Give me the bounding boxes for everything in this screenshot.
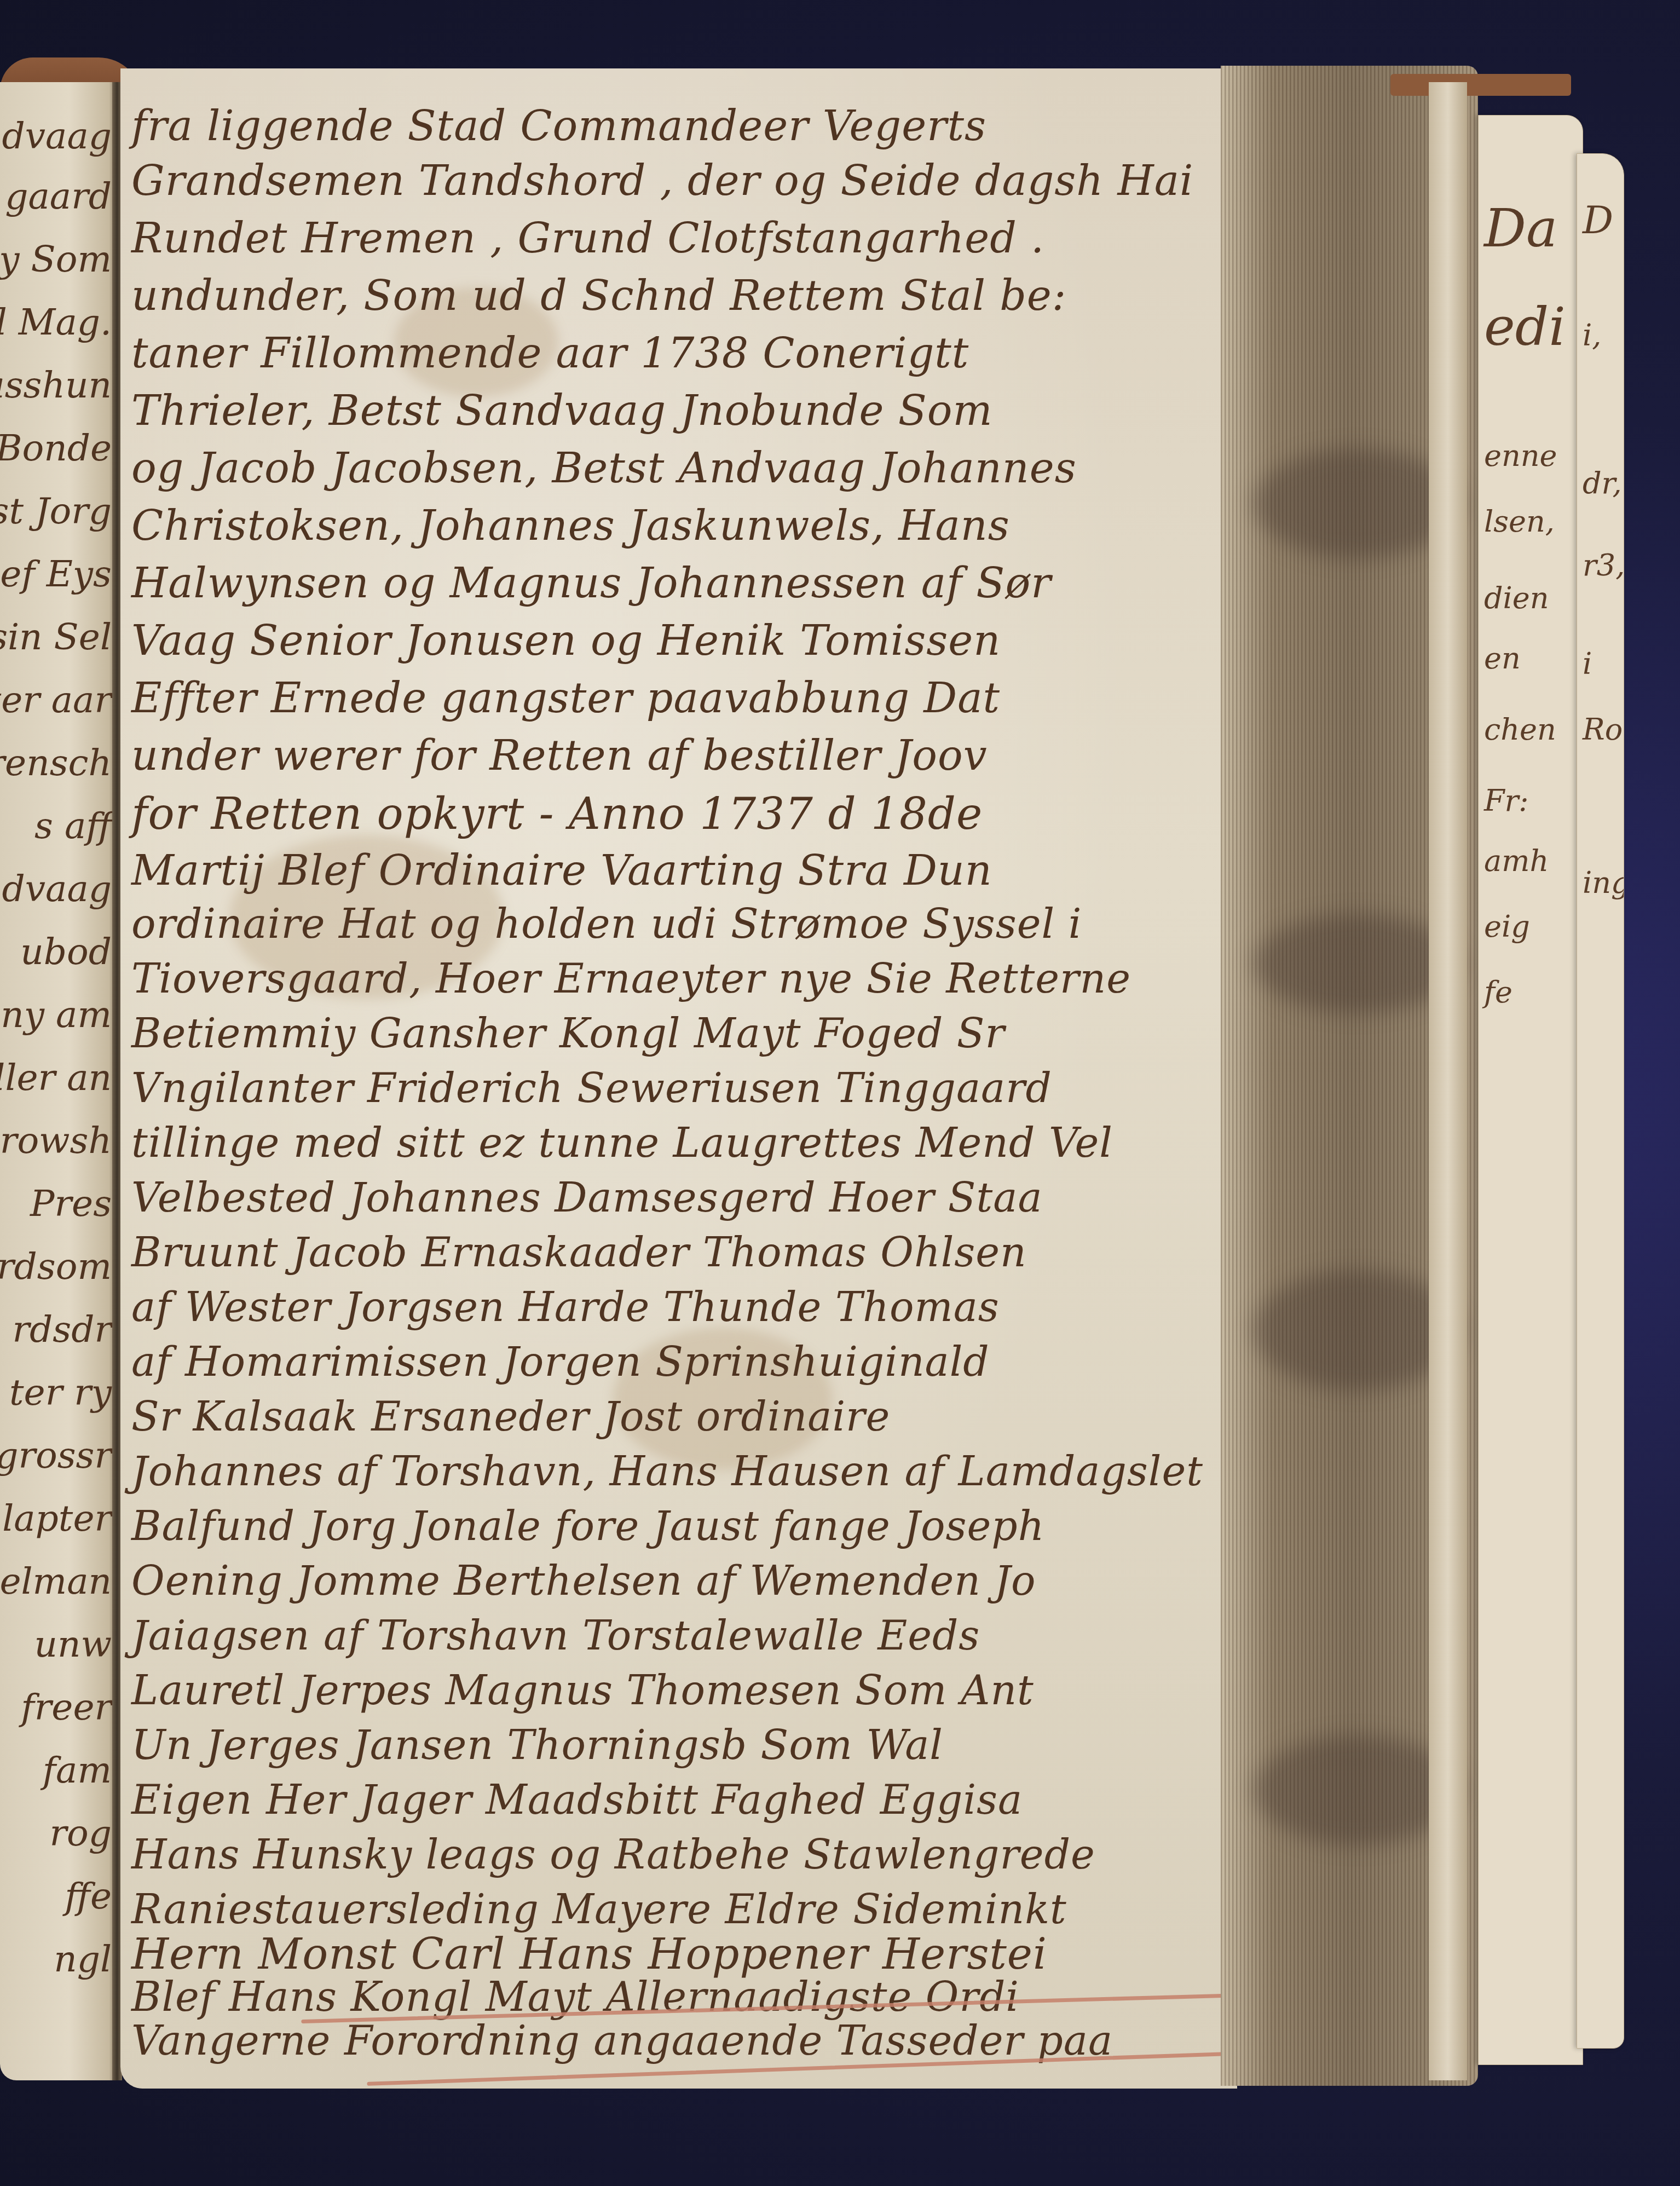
left-line: elman bbox=[0, 1560, 112, 1602]
slip-line: enne bbox=[1484, 439, 1557, 473]
slip-line: ing bbox=[1583, 866, 1624, 900]
manuscript-heading-anno: for Retten opkyrt - Anno 1737 d 18de bbox=[131, 788, 983, 839]
main-manuscript-page: fra liggende Stad Commandeer Vegerts Gra… bbox=[120, 68, 1237, 2089]
manuscript-line: Rundet Hremen , Grund Clotfstangarhed . bbox=[131, 214, 1044, 262]
manuscript-line: Vngilanter Friderich Seweriusen Tinggaar… bbox=[131, 1065, 1052, 1112]
manuscript-line: tillinge med sitt ez tunne Laugrettes Me… bbox=[131, 1120, 1113, 1167]
left-line: e gaard bbox=[0, 175, 112, 217]
slip-line: en bbox=[1484, 641, 1521, 676]
left-line: ngrossr bbox=[0, 1434, 112, 1476]
manuscript-line: Betiemmiy Gansher Kongl Mayt Foged Sr bbox=[131, 1010, 1005, 1057]
slip-line: r3, bbox=[1583, 548, 1624, 582]
manuscript-line: Velbested Johannes Damsesgerd Hoer Staa bbox=[131, 1174, 1043, 1221]
slip-line: eig bbox=[1484, 909, 1530, 944]
left-line: ter ry bbox=[9, 1371, 112, 1414]
slip-line: lsen, bbox=[1484, 504, 1555, 539]
manuscript-line: Christoksen, Johannes Jaskunwels, Hans bbox=[131, 501, 1010, 550]
manuscript-line: Oening Jomme Berthelsen af Wemenden Jo bbox=[131, 1558, 1036, 1605]
slip-line: i bbox=[1583, 647, 1592, 681]
left-line: lapter bbox=[2, 1497, 112, 1539]
binding-board-top bbox=[1390, 74, 1571, 96]
left-line: rensch bbox=[0, 742, 112, 784]
slip-line: D bbox=[1583, 198, 1613, 243]
manuscript-line: Sr Kalsaak Ersaneder Jost ordinaire bbox=[131, 1393, 890, 1440]
slip-line: Da bbox=[1484, 198, 1557, 259]
left-line: ffe bbox=[65, 1875, 112, 1917]
left-line: dvaag bbox=[2, 868, 112, 910]
manuscript-line: Hern Monst Carl Hans Hoppener Herstei bbox=[131, 1930, 1047, 1979]
page-edge-strip bbox=[1429, 82, 1467, 2080]
slip-line: Row bbox=[1583, 712, 1624, 747]
slip-line: fe bbox=[1484, 975, 1512, 1010]
manuscript-line: taner Fillommende aar 1738 Conerigtt bbox=[131, 328, 969, 377]
slip-line: chen bbox=[1484, 712, 1556, 747]
slip-line: edi bbox=[1484, 296, 1566, 357]
left-line: ny Som bbox=[0, 238, 112, 280]
left-line: l Mag. bbox=[0, 301, 112, 343]
left-line: unw bbox=[34, 1623, 112, 1665]
manuscript-line: og Jacob Jacobsen, Betst Andvaag Johanne… bbox=[131, 443, 1077, 492]
left-line: andvaag bbox=[0, 115, 112, 157]
slip-line: i, bbox=[1583, 318, 1601, 353]
manuscript-line: undunder, Som ud d Schnd Rettem Stal be: bbox=[131, 271, 1066, 320]
inserted-slip-a: Da edi enne lsen, dien en chen Fr: amh e… bbox=[1478, 115, 1583, 2065]
inserted-slip-b: D i, dr, r3, i Row ing bbox=[1577, 153, 1624, 2049]
left-line: ny am bbox=[1, 994, 112, 1036]
left-line: sin Sel bbox=[0, 616, 112, 658]
manuscript-line: Eigen Her Jager Maadsbitt Faghed Eggisa bbox=[131, 1777, 1023, 1824]
manuscript-line: Raniestauersleding Mayere Eldre Sidemink… bbox=[131, 1886, 1067, 1933]
left-line: ef Eys bbox=[0, 553, 112, 595]
manuscript-line: af Homarimissen Jorgen Sprinshuiginald bbox=[131, 1339, 990, 1386]
left-line: rog bbox=[49, 1812, 112, 1854]
left-line: rdsdr bbox=[13, 1308, 112, 1351]
manuscript-line: Grandsemen Tandshord , der og Seide dags… bbox=[131, 156, 1193, 205]
manuscript-line: Thrieler, Betst Sandvaag Jnobunde Som bbox=[131, 386, 993, 435]
manuscript-line: Vaag Senior Jonusen og Henik Tomissen bbox=[131, 616, 1001, 665]
left-line: Drowsh bbox=[0, 1120, 112, 1162]
manuscript-line: Balfund Jorg Jonale fore Jaust fange Jos… bbox=[131, 1503, 1044, 1550]
left-line: ubod bbox=[20, 931, 112, 973]
manuscript-line: Tioversgaard, Hoer Ernaeyter nye Sie Ret… bbox=[131, 955, 1131, 1002]
manuscript-line: Johannes af Torshavn, Hans Hausen af Lam… bbox=[131, 1448, 1203, 1495]
left-line: Bonde bbox=[0, 427, 112, 469]
left-line: rdsom bbox=[0, 1245, 112, 1288]
manuscript-line: Hans Hunsky leags og Ratbehe Stawlengred… bbox=[131, 1831, 1095, 1878]
manuscript-line: fra liggende Stad Commandeer Vegerts bbox=[131, 101, 986, 150]
manuscript-line: Lauretl Jerpes Magnus Thomesen Som Ant bbox=[131, 1667, 1034, 1714]
left-line: ngl bbox=[54, 1938, 112, 1980]
left-line: freer bbox=[21, 1686, 112, 1728]
slip-line: dr, bbox=[1583, 466, 1622, 500]
manuscript-line: Jaiagsen af Torshavn Torstalewalle Eeds bbox=[131, 1612, 980, 1659]
manuscript-line: Halwynsen og Magnus Johannessen af Sør bbox=[131, 558, 1052, 607]
slip-line: amh bbox=[1484, 844, 1549, 878]
left-line: asshun bbox=[0, 364, 112, 406]
left-line: ller an bbox=[0, 1057, 112, 1099]
manuscript-line: Effter Ernede gangster paavabbung Dat bbox=[131, 673, 1000, 722]
manuscript-line: af Wester Jorgsen Harde Thunde Thomas bbox=[131, 1284, 1000, 1331]
slip-line: dien bbox=[1484, 581, 1549, 615]
left-page: andvaag e gaard ny Som l Mag. asshun Bon… bbox=[0, 82, 115, 2080]
left-line: Pres bbox=[30, 1183, 112, 1225]
manuscript-line: Bruunt Jacob Ernaskaader Thomas Ohlsen bbox=[131, 1229, 1027, 1276]
left-line: ster aar bbox=[0, 679, 112, 721]
manuscript-line: under werer for Retten af bestiller Joov bbox=[131, 731, 988, 780]
manuscript-line: Un Jerges Jansen Thorningsb Som Wal bbox=[131, 1722, 943, 1769]
left-line: nast Jorg bbox=[0, 490, 112, 532]
manuscript-line: Vangerne Forordning angaaende Tasseder p… bbox=[131, 2017, 1113, 2064]
manuscript-line: Martij Blef Ordinaire Vaarting Stra Dun bbox=[131, 846, 992, 895]
slip-line: Fr: bbox=[1484, 783, 1528, 818]
left-line: s aff bbox=[34, 805, 112, 847]
manuscript-line: ordinaire Hat og holden udi Strømoe Syss… bbox=[131, 901, 1082, 948]
left-line: fam bbox=[43, 1749, 112, 1791]
